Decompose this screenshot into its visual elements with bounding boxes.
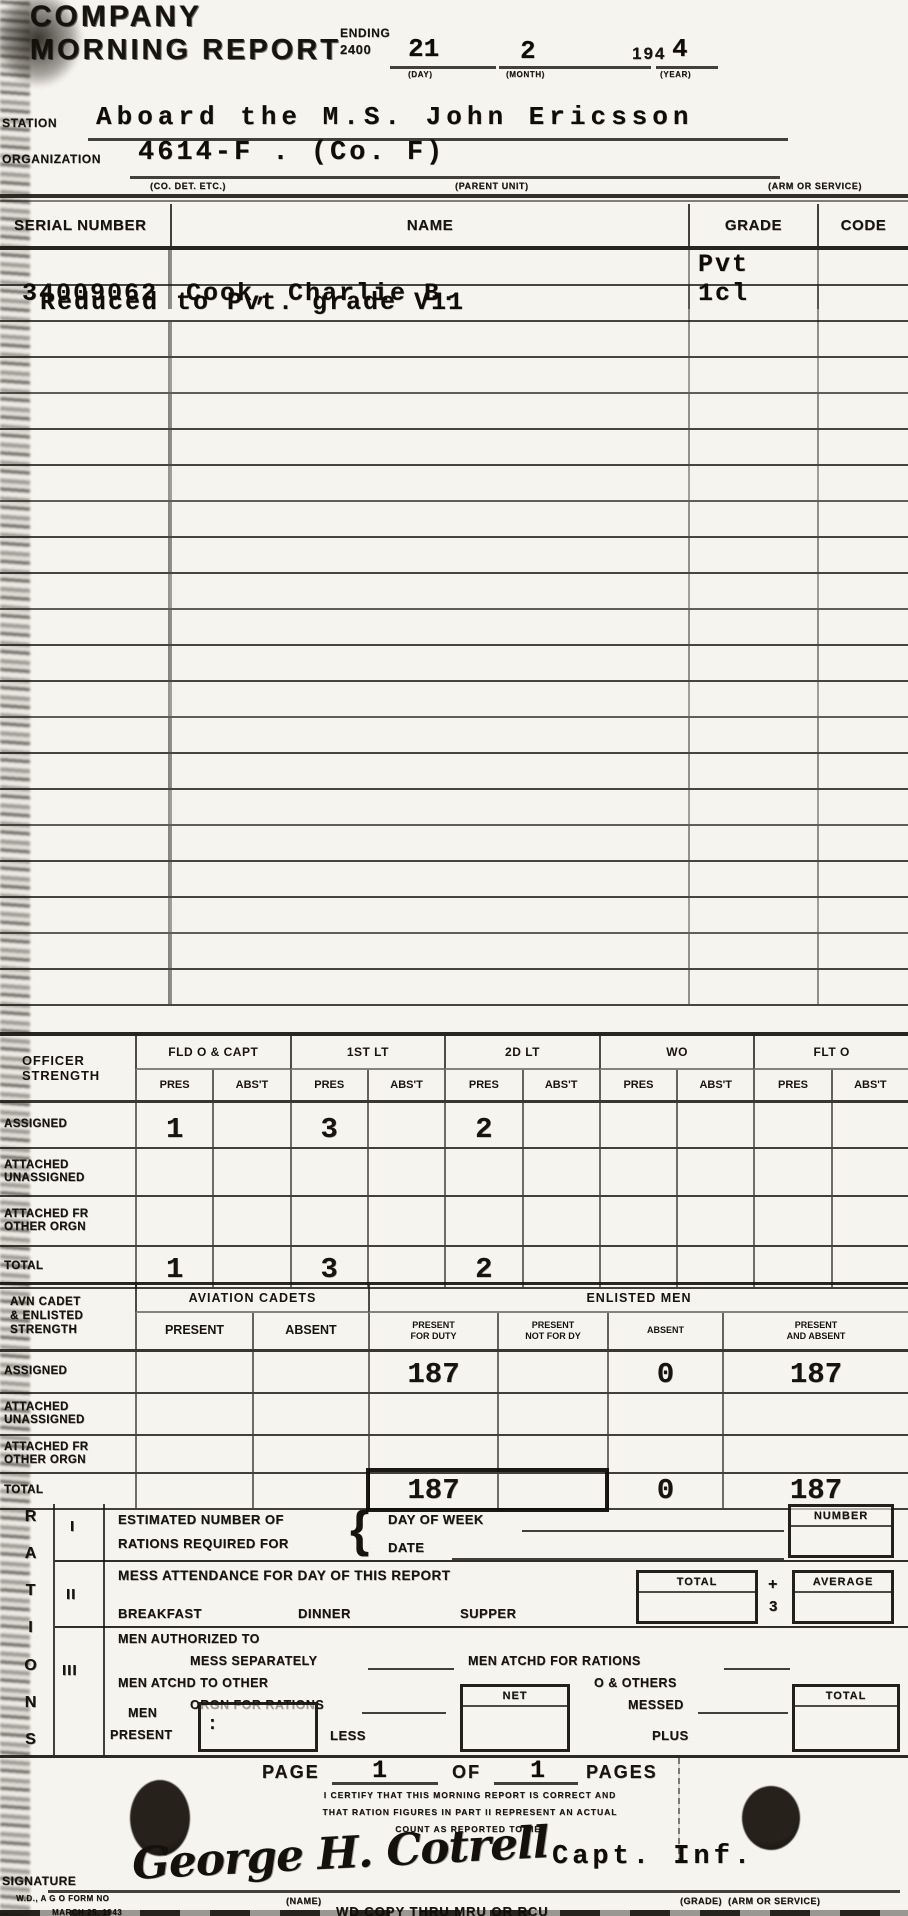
officer-strength-value: [367, 1197, 444, 1245]
year-caption: (YEAR): [660, 70, 691, 79]
roster-empty-cell: [170, 718, 688, 752]
officer-strength-value: [831, 1197, 908, 1245]
org-caption-arm: (ARM OR SERVICE): [768, 181, 862, 191]
certify-line2: THAT RATION FIGURES IN PART II REPRESENT…: [250, 1807, 690, 1817]
group-aviation-cadets: AVIATION CADETS: [135, 1285, 368, 1313]
signature-handwriting: George H. Cotrell: [131, 1817, 550, 1890]
net-box: NET: [460, 1684, 570, 1752]
roster-empty-cell: [0, 898, 170, 932]
enlisted-strength-value: [135, 1474, 252, 1508]
roster-empty-cell: [688, 466, 817, 500]
roster-empty-cell: [817, 718, 908, 752]
enlisted-strength-stub-label: AVN CADET & ENLISTED STRENGTH: [0, 1285, 135, 1349]
morning-report-form: COMPANY MORNING REPORT ENDING 2400 21 (D…: [0, 0, 908, 1916]
organization-fill-line: [130, 176, 780, 179]
enlisted-strength-value: [252, 1352, 368, 1392]
orgn-for-rations-fill-line: [362, 1712, 446, 1714]
enlisted-strength-table: AVN CADET & ENLISTED STRENGTH AVIATION C…: [0, 1282, 908, 1510]
men-present-line2: PRESENT: [110, 1728, 173, 1742]
mess-total-box-line: [639, 1591, 755, 1593]
enlisted-strength-subheaders: PRESENTABSENTPRESENT FOR DUTYPRESENT NOT…: [135, 1313, 908, 1349]
officer-strength-value: [444, 1197, 521, 1245]
number-box: NUMBER: [788, 1504, 894, 1558]
officer-strength-value: [676, 1103, 753, 1147]
organization-value: 4614-F . (Co. F): [138, 138, 445, 168]
average-box: AVERAGE: [792, 1570, 894, 1624]
roster-empty-cell: [688, 934, 817, 968]
mess-attendance-title: MESS ATTENDANCE FOR DAY OF THIS REPORT: [118, 1568, 451, 1583]
rations-vertical-letter: R: [25, 1508, 37, 1526]
officer-row-label: ATTACHED FR OTHER ORGN: [0, 1197, 135, 1245]
officer-strength-value: [522, 1197, 599, 1245]
officer-strength-row: ATTACHED FR OTHER ORGN: [0, 1197, 908, 1247]
enlisted-strength-value: 0: [607, 1352, 722, 1392]
day-fill-line: [390, 66, 496, 69]
roster-empty-row: [0, 610, 908, 646]
month-caption: (MONTH): [506, 70, 545, 79]
roster-empty-cell: [817, 862, 908, 896]
section-rule-2: [0, 200, 908, 202]
roster-empty-cell: [170, 934, 688, 968]
roster-empty-cell: [817, 754, 908, 788]
ending-time: 2400: [340, 42, 371, 57]
officer-strength-value: [522, 1103, 599, 1147]
rations-section: RATIONS I II III ESTIMATED NUMBER OF RAT…: [0, 1504, 908, 1755]
officer-strength-value: [599, 1247, 676, 1287]
enlisted-strength-group-headers: AVIATION CADETS ENLISTED MEN: [135, 1285, 908, 1313]
officer-strength-value: [599, 1149, 676, 1195]
pages-fill-line: [494, 1782, 578, 1785]
officer-strength-value: [135, 1197, 212, 1245]
pres-subheader: PRES: [290, 1070, 367, 1100]
officer-strength-value: [290, 1149, 367, 1195]
mess-separately-fill-line: [368, 1668, 454, 1670]
roster-empty-cell: [170, 826, 688, 860]
date-fill-line: [452, 1558, 784, 1560]
page-label: PAGE: [262, 1762, 320, 1783]
station-value: Aboard the M.S. John Ericsson: [96, 102, 693, 132]
officer-strength-value: [212, 1247, 289, 1287]
part-1-numeral: I: [70, 1518, 75, 1535]
roster-empty-cell: [688, 754, 817, 788]
officer-group-header: FLT O: [753, 1036, 908, 1070]
enlisted-strength-value: [368, 1436, 497, 1472]
roster-empty-cell: [0, 934, 170, 968]
officer-strength-stub-label: OFFICER STRENGTH: [0, 1036, 135, 1100]
officer-row-label: ASSIGNED: [0, 1103, 135, 1147]
rations-total-box: TOTAL: [792, 1684, 900, 1752]
men-authorized-line1: MEN AUTHORIZED TO: [118, 1632, 260, 1646]
day-caption: (DAY): [408, 70, 432, 79]
roster-empty-cell: [688, 322, 817, 356]
roster-empty-cell: [817, 502, 908, 536]
abst-subheader: ABS'T: [522, 1070, 599, 1100]
roster-empty-cell: [0, 502, 170, 536]
roster-empty-row: [0, 682, 908, 718]
roster-empty-cell: [688, 970, 817, 1004]
roster-empty-cell: [170, 754, 688, 788]
roster-empty-cell: [817, 394, 908, 428]
roster-empty-cell: [0, 970, 170, 1004]
men-present-colon-mark: :: [207, 1715, 218, 1735]
supper-label: SUPPER: [460, 1606, 516, 1621]
enlisted-subheader: ABSENT: [607, 1313, 722, 1349]
roster-empty-cell: [817, 682, 908, 716]
roster-empty-cell: [170, 898, 688, 932]
roster-empty-cell: [0, 466, 170, 500]
group-enlisted-men: ENLISTED MEN: [368, 1285, 908, 1313]
number-box-label: NUMBER: [791, 1507, 891, 1522]
signature-label: SIGNATURE: [2, 1874, 76, 1888]
officer-row-label: TOTAL: [0, 1247, 135, 1287]
average-box-line: [795, 1591, 891, 1593]
year-fill-line: [656, 66, 718, 69]
roster-empty-cell: [817, 358, 908, 392]
enlisted-strength-value: [497, 1394, 607, 1434]
roster-entry-row: 34009062 Cook, Charlie B. Pvt 1cl: [0, 250, 908, 286]
form-title-line1: COMPANY: [30, 0, 202, 34]
year-prefix: 194: [632, 44, 666, 64]
enlisted-row-label: ATTACHED FR OTHER ORGN: [0, 1436, 135, 1472]
roster-empty-cell: [170, 394, 688, 428]
roster-empty-cell: [170, 682, 688, 716]
part-2-numeral: II: [66, 1586, 76, 1603]
officer-strength-value: [444, 1149, 521, 1195]
roster-empty-row: [0, 898, 908, 934]
roster-empty-cell: [0, 754, 170, 788]
roster-empty-row: [0, 538, 908, 574]
officer-strength-value: [367, 1247, 444, 1287]
enlisted-strength-row: ATTACHED UNASSIGNED: [0, 1394, 908, 1436]
date-month-value: 2: [520, 36, 536, 66]
officer-strength-header: OFFICER STRENGTH FLD O & CAPT1ST LT2D LT…: [0, 1036, 908, 1103]
officer-group-header: 2D LT: [444, 1036, 599, 1070]
roster-empty-cell: [170, 862, 688, 896]
officer-strength-value: 3: [290, 1247, 367, 1287]
roster-empty-row: [0, 646, 908, 682]
roster-empty-cell: [688, 898, 817, 932]
day-of-week-fill-line: [522, 1530, 784, 1532]
roster-empty-cell: [817, 826, 908, 860]
divide-sign: +: [768, 1576, 778, 1594]
enlisted-strength-value: [722, 1436, 908, 1472]
form-number: W.D., A G O FORM NO: [16, 1894, 109, 1903]
pres-subheader: PRES: [135, 1070, 212, 1100]
officer-strength-value: [367, 1149, 444, 1195]
rations-numeral-column: [55, 1504, 105, 1755]
officer-strength-value: [831, 1247, 908, 1287]
enlisted-subheader: PRESENT NOT FOR DY: [497, 1313, 607, 1349]
enlisted-strength-value: [497, 1352, 607, 1392]
estimated-line2: RATIONS REQUIRED FOR: [118, 1536, 289, 1551]
col-name: NAME: [170, 204, 688, 246]
roster-empty-cell: [688, 610, 817, 644]
roster-empty-row: [0, 358, 908, 394]
roster-empty-cell: [817, 538, 908, 572]
enlisted-strength-body: ASSIGNED1870187ATTACHED UNASSIGNEDATTACH…: [0, 1352, 908, 1510]
date-year-value: 4: [672, 34, 688, 64]
of-label: OF: [452, 1762, 481, 1783]
plus-label: PLUS: [652, 1728, 689, 1743]
enlisted-subheader: PRESENT AND ABSENT: [722, 1313, 908, 1349]
roster-empty-cell: [817, 322, 908, 356]
officer-strength-value: [753, 1197, 830, 1245]
section-rule: [0, 194, 908, 198]
roster-empty-cell: [0, 430, 170, 464]
roster-empty-cell: [0, 718, 170, 752]
col-serial-number: SERIAL NUMBER: [0, 204, 170, 246]
roster-table: SERIAL NUMBER NAME GRADE CODE 34009062 C…: [0, 204, 908, 1006]
col-code: CODE: [817, 204, 908, 246]
remark-row-divider2: [817, 286, 819, 322]
roster-empty-cell: [817, 574, 908, 608]
roster-empty-cell: [688, 826, 817, 860]
officer-group-header: 1ST LT: [290, 1036, 445, 1070]
roster-empty-cell: [688, 430, 817, 464]
net-box-line: [463, 1705, 567, 1707]
roster-empty-cell: [170, 322, 688, 356]
officer-strength-value: 1: [135, 1247, 212, 1287]
rations-total-box-line: [795, 1705, 897, 1707]
rations-vertical-letter: S: [25, 1731, 36, 1749]
net-box-label: NET: [463, 1687, 567, 1702]
signature-fill-line: [48, 1890, 900, 1893]
rations-vertical-letter: T: [26, 1582, 36, 1600]
roster-empty-cell: [688, 790, 817, 824]
signature-grade-typed: Capt. Inf.: [552, 1842, 754, 1872]
men-present-box: :: [198, 1702, 318, 1752]
enlisted-row-label: TOTAL: [0, 1474, 135, 1508]
page-value: 1: [372, 1756, 387, 1785]
officer-strength-value: [367, 1103, 444, 1147]
roster-empty-row: [0, 430, 908, 466]
o-and-others-line2: MESSED: [628, 1698, 684, 1712]
enlisted-strength-row: ASSIGNED1870187: [0, 1352, 908, 1394]
mess-total-box-label: TOTAL: [639, 1573, 755, 1588]
average-box-label: AVERAGE: [795, 1573, 891, 1588]
roster-empty-cell: [0, 862, 170, 896]
roster-empty-cell: [688, 538, 817, 572]
officer-strength-value: 3: [290, 1103, 367, 1147]
pages-label: PAGES: [586, 1762, 658, 1783]
roster-empty-cell: [170, 610, 688, 644]
enlisted-strength-value: [252, 1394, 368, 1434]
enlisted-strength-value: [135, 1394, 252, 1434]
total-emphasis-box: [366, 1468, 609, 1512]
rations-vertical-letter: A: [25, 1545, 37, 1563]
roster-empty-row: [0, 394, 908, 430]
part-2-rule: [55, 1626, 908, 1628]
abst-subheader: ABS'T: [831, 1070, 908, 1100]
roster-empty-cell: [817, 610, 908, 644]
roster-empty-row: [0, 754, 908, 790]
roster-empty-cell: [817, 934, 908, 968]
dinner-label: DINNER: [298, 1606, 351, 1621]
roster-empty-row: [0, 826, 908, 862]
enlisted-strength-value: 187: [368, 1352, 497, 1392]
enlisted-subheader: ABSENT: [252, 1313, 368, 1349]
roster-empty-cell: [170, 358, 688, 392]
roster-empty-cell: [817, 790, 908, 824]
roster-empty-cell: [688, 718, 817, 752]
roster-empty-cell: [0, 610, 170, 644]
enlisted-strength-value: [497, 1436, 607, 1472]
officer-group-header: WO: [599, 1036, 754, 1070]
org-caption-parent: (PARENT UNIT): [455, 181, 529, 191]
roster-empty-cell: [688, 358, 817, 392]
entry-remark: Reduced to Pvt. grade V11: [40, 288, 465, 317]
roster-empty-cell: [688, 574, 817, 608]
officer-strength-value: [599, 1103, 676, 1147]
ending-label: ENDING: [340, 26, 390, 40]
abst-subheader: ABS'T: [367, 1070, 444, 1100]
messed-fill-line: [698, 1712, 788, 1714]
roster-empty-row: [0, 862, 908, 898]
footer-section: PAGE 1 OF 1 PAGES I CERTIFY THAT THIS MO…: [0, 1755, 908, 1916]
roster-empty-cell: [0, 682, 170, 716]
part-1-rule: [55, 1560, 908, 1562]
roster-empty-cell: [170, 502, 688, 536]
enlisted-strength-value: [135, 1436, 252, 1472]
roster-remark-row: Reduced to Pvt. grade V11: [0, 286, 908, 322]
abst-subheader: ABS'T: [212, 1070, 289, 1100]
officer-group-header: FLD O & CAPT: [135, 1036, 290, 1070]
enlisted-strength-value: [607, 1394, 722, 1434]
men-present-line1: MEN: [128, 1706, 157, 1720]
rations-vertical-letter: I: [28, 1619, 32, 1637]
col-grade: GRADE: [688, 204, 817, 246]
rations-vertical-letter: O: [24, 1657, 36, 1675]
roster-empty-cell: [0, 394, 170, 428]
certify-line1: I CERTIFY THAT THIS MORNING REPORT IS CO…: [250, 1790, 690, 1800]
month-fill-line: [499, 66, 651, 69]
officer-strength-value: [831, 1103, 908, 1147]
men-atchd-other-line1: MEN ATCHD TO OTHER: [118, 1676, 268, 1690]
pres-subheader: PRES: [599, 1070, 676, 1100]
grade-arm-caption: (GRADE) (ARM OR SERVICE): [680, 1896, 820, 1906]
enlisted-strength-value: [368, 1394, 497, 1434]
roster-empty-cell: [170, 574, 688, 608]
officer-strength-value: [753, 1149, 830, 1195]
roster-empty-cell: [688, 646, 817, 680]
officer-row-label: ATTACHED UNASSIGNED: [0, 1149, 135, 1195]
roster-empty-row: [0, 466, 908, 502]
number-box-line: [791, 1525, 891, 1527]
roster-empty-cell: [170, 430, 688, 464]
rations-vertical-letter: N: [25, 1694, 37, 1712]
enlisted-strength-value: 187: [722, 1474, 908, 1508]
punch-hole-right: [742, 1786, 800, 1850]
officer-strength-value: [831, 1149, 908, 1195]
roster-empty-rows: [0, 322, 908, 1006]
enlisted-strength-value: 187: [722, 1352, 908, 1392]
enlisted-strength-value: [252, 1436, 368, 1472]
enlisted-strength-value: [135, 1352, 252, 1392]
enlisted-strength-header: AVN CADET & ENLISTED STRENGTH AVIATION C…: [0, 1285, 908, 1352]
date-day-value: 21: [408, 34, 439, 64]
officer-strength-value: 1: [135, 1103, 212, 1147]
scan-edge-bottom: [0, 1910, 908, 1916]
enlisted-row-label: ASSIGNED: [0, 1352, 135, 1392]
pages-value: 1: [530, 1756, 545, 1785]
officer-strength-value: 2: [444, 1103, 521, 1147]
pres-subheader: PRES: [444, 1070, 521, 1100]
roster-empty-cell: [0, 790, 170, 824]
day-of-week-label: DAY OF WEEK: [388, 1512, 484, 1527]
officer-strength-body: ASSIGNED132ATTACHED UNASSIGNEDATTACHED F…: [0, 1103, 908, 1289]
date-label: DATE: [388, 1540, 424, 1555]
part-3-numeral: III: [62, 1662, 78, 1679]
roster-empty-cell: [688, 502, 817, 536]
breakfast-label: BREAKFAST: [118, 1606, 202, 1621]
officer-strength-subheaders: PRESABS'TPRESABS'TPRESABS'TPRESABS'TPRES…: [135, 1070, 908, 1100]
officer-strength-value: [135, 1149, 212, 1195]
officer-strength-row: ATTACHED UNASSIGNED: [0, 1149, 908, 1197]
officer-strength-value: [522, 1149, 599, 1195]
mess-total-box: TOTAL: [636, 1570, 758, 1624]
enlisted-strength-value: 0: [607, 1474, 722, 1508]
org-caption-co: (CO. DET. ETC.): [150, 181, 226, 191]
page-fill-line: [332, 1782, 438, 1785]
roster-empty-cell: [817, 466, 908, 500]
roster-empty-cell: [0, 826, 170, 860]
roster-empty-cell: [688, 682, 817, 716]
roster-empty-row: [0, 322, 908, 358]
station-label: STATION: [2, 116, 57, 130]
enlisted-row-label: ATTACHED UNASSIGNED: [0, 1394, 135, 1434]
officer-strength-value: [599, 1197, 676, 1245]
enlisted-subheader: PRESENT: [135, 1313, 252, 1349]
roster-empty-cell: [0, 538, 170, 572]
officer-strength-table: OFFICER STRENGTH FLD O & CAPT1ST LT2D LT…: [0, 1032, 908, 1289]
officer-strength-value: [522, 1247, 599, 1287]
rations-vertical-label: RATIONS: [0, 1504, 55, 1755]
roster-empty-row: [0, 502, 908, 538]
men-authorized-line2: MESS SEPARATELY: [190, 1654, 317, 1668]
men-atchd-for-rations-label: MEN ATCHD FOR RATIONS: [468, 1654, 641, 1668]
name-caption: (NAME): [286, 1896, 322, 1906]
officer-strength-value: [676, 1247, 753, 1287]
pres-subheader: PRES: [753, 1070, 830, 1100]
officer-strength-value: [753, 1103, 830, 1147]
officer-strength-value: [212, 1103, 289, 1147]
o-and-others-line1: O & OTHERS: [594, 1676, 677, 1690]
officer-strength-value: [290, 1197, 367, 1245]
less-label: LESS: [330, 1728, 366, 1743]
enlisted-strength-value: [722, 1394, 908, 1434]
officer-strength-value: [753, 1247, 830, 1287]
officer-strength-value: [676, 1197, 753, 1245]
roster-empty-cell: [817, 898, 908, 932]
roster-empty-cell: [170, 646, 688, 680]
roster-empty-row: [0, 934, 908, 970]
roster-empty-cell: [0, 646, 170, 680]
officer-strength-group-headers: FLD O & CAPT1ST LT2D LTWOFLT O: [135, 1036, 908, 1070]
abst-subheader: ABS'T: [676, 1070, 753, 1100]
roster-empty-cell: [0, 358, 170, 392]
roster-empty-cell: [170, 970, 688, 1004]
organization-label: ORGANIZATION: [2, 152, 101, 166]
roster-empty-row: [0, 574, 908, 610]
roster-empty-cell: [170, 790, 688, 824]
roster-header-row: SERIAL NUMBER NAME GRADE CODE: [0, 204, 908, 250]
officer-strength-row: ASSIGNED132: [0, 1103, 908, 1149]
roster-empty-cell: [688, 394, 817, 428]
roster-empty-row: [0, 970, 908, 1006]
enlisted-strength-value: [607, 1436, 722, 1472]
roster-empty-row: [0, 718, 908, 754]
roster-empty-cell: [0, 322, 170, 356]
